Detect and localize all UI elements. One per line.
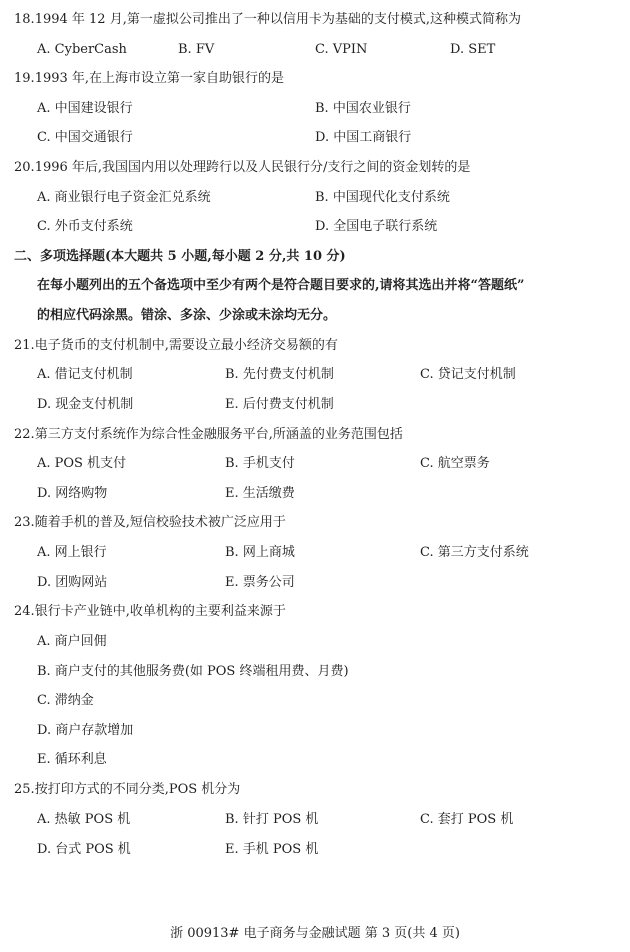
option-a: A. 商业银行电子资金汇兑系统	[37, 188, 211, 208]
option-c: C. 贷记支付机制	[420, 365, 516, 385]
question-25-options-row1: A. 热敏 POS 机 B. 针打 POS 机 C. 套打 POS 机	[0, 810, 630, 830]
option-c: C. 第三方支付系统	[420, 543, 529, 563]
question-19-options-row1: A. 中国建设银行 B. 中国农业银行	[0, 99, 630, 119]
option-b: B. 商户支付的其他服务费(如 POS 终端租用费、月费)	[37, 662, 349, 682]
option-a: A. 热敏 POS 机	[37, 810, 130, 830]
question-21: 21.电子货币的支付机制中,需要设立最小经济交易额的有	[14, 336, 338, 356]
option-b: B. 中国现代化支付系统	[315, 188, 450, 208]
option-e: E. 生活缴费	[225, 484, 295, 504]
question-number: 24.	[14, 604, 35, 619]
option-d: D. 商户存款增加	[37, 721, 133, 741]
question-18: 18.1994 年 12 月,第一虚拟公司推出了一种以信用卡为基础的支付模式,这…	[14, 10, 521, 30]
option-b: B. 针打 POS 机	[225, 810, 318, 830]
option-d: D. 现金支付机制	[37, 395, 133, 415]
option-d: D. 台式 POS 机	[37, 840, 131, 860]
question-25: 25.按打印方式的不同分类,POS 机分为	[14, 780, 240, 800]
question-stem: 按打印方式的不同分类,POS 机分为	[35, 782, 241, 797]
question-number: 20.	[14, 160, 35, 175]
question-20-options-row2: C. 外币支付系统 D. 全国电子联行系统	[0, 217, 630, 237]
question-stem: 1996 年后,我国国内用以处理跨行以及人民银行分/支行之间的资金划转的是	[35, 160, 471, 175]
option-e: E. 票务公司	[225, 573, 295, 593]
section-instruction-line1: 在每小题列出的五个备选项中至少有两个是符合题目要求的,请将其选出并将“答题纸”	[37, 276, 524, 296]
option-a: A. 网上银行	[37, 543, 107, 563]
option-b: B. 手机支付	[225, 454, 295, 474]
option-d: D. 网络购物	[37, 484, 107, 504]
question-number: 22.	[14, 427, 35, 442]
question-number: 18.	[14, 12, 35, 27]
option-c: C. 中国交通银行	[37, 128, 133, 148]
question-18-options: A. CyberCash B. FV C. VPIN D. SET	[0, 40, 630, 60]
option-a: A. 借记支付机制	[37, 365, 133, 385]
question-stem: 1994 年 12 月,第一虚拟公司推出了一种以信用卡为基础的支付模式,这种模式…	[35, 12, 521, 27]
option-e: E. 后付费支付机制	[225, 395, 334, 415]
question-20: 20.1996 年后,我国国内用以处理跨行以及人民银行分/支行之间的资金划转的是	[14, 158, 470, 178]
option-c: C. 套打 POS 机	[420, 810, 513, 830]
question-stem: 电子货币的支付机制中,需要设立最小经济交易额的有	[35, 338, 338, 353]
question-19: 19.1993 年,在上海市设立第一家自助银行的是	[14, 69, 284, 89]
question-23: 23.随着手机的普及,短信校验技术被广泛应用于	[14, 513, 286, 533]
option-a: A. CyberCash	[37, 40, 127, 60]
page-footer: 浙 00913# 电子商务与金融试题 第 3 页(共 4 页)	[0, 922, 630, 941]
option-b: B. 网上商城	[225, 543, 295, 563]
question-number: 21.	[14, 338, 35, 353]
question-22-options-row1: A. POS 机支付 B. 手机支付 C. 航空票务	[0, 454, 630, 474]
option-a: A. 商户回佣	[37, 632, 107, 652]
option-b: B. 先付费支付机制	[225, 365, 334, 385]
question-stem: 第三方支付系统作为综合性金融服务平台,所涵盖的业务范围包括	[35, 427, 403, 442]
question-stem: 银行卡产业链中,收单机构的主要利益来源于	[35, 604, 286, 619]
option-d: D. 中国工商银行	[315, 128, 411, 148]
option-c: C. 外币支付系统	[37, 217, 133, 237]
option-d: D. 全国电子联行系统	[315, 217, 437, 237]
question-stem: 1993 年,在上海市设立第一家自助银行的是	[35, 71, 284, 86]
option-e: E. 手机 POS 机	[225, 840, 318, 860]
option-b: B. 中国农业银行	[315, 99, 411, 119]
option-c: C. VPIN	[315, 40, 367, 60]
option-e: E. 循环利息	[37, 750, 107, 770]
question-24: 24.银行卡产业链中,收单机构的主要利益来源于	[14, 602, 286, 622]
question-25-options-row2: D. 台式 POS 机 E. 手机 POS 机	[0, 840, 630, 860]
question-number: 25.	[14, 782, 35, 797]
option-d: D. 团购网站	[37, 573, 107, 593]
section-title: 二、多项选择题(本大题共 5 小题,每小题 2 分,共 10 分)	[14, 247, 346, 267]
option-b: B. FV	[178, 40, 214, 60]
section-instruction-line2: 的相应代码涂黑。错涂、多涂、少涂或未涂均无分。	[37, 306, 336, 326]
question-22-options-row2: D. 网络购物 E. 生活缴费	[0, 484, 630, 504]
question-number: 19.	[14, 71, 35, 86]
question-19-options-row2: C. 中国交通银行 D. 中国工商银行	[0, 128, 630, 148]
question-23-options-row2: D. 团购网站 E. 票务公司	[0, 573, 630, 593]
question-21-options-row2: D. 现金支付机制 E. 后付费支付机制	[0, 395, 630, 415]
question-23-options-row1: A. 网上银行 B. 网上商城 C. 第三方支付系统	[0, 543, 630, 563]
question-22: 22.第三方支付系统作为综合性金融服务平台,所涵盖的业务范围包括	[14, 425, 403, 445]
question-stem: 随着手机的普及,短信校验技术被广泛应用于	[35, 515, 286, 530]
option-a: A. 中国建设银行	[37, 99, 133, 119]
option-d: D. SET	[450, 40, 495, 60]
option-a: A. POS 机支付	[37, 454, 126, 474]
option-c: C. 航空票务	[420, 454, 490, 474]
question-21-options-row1: A. 借记支付机制 B. 先付费支付机制 C. 贷记支付机制	[0, 365, 630, 385]
question-number: 23.	[14, 515, 35, 530]
question-20-options-row1: A. 商业银行电子资金汇兑系统 B. 中国现代化支付系统	[0, 188, 630, 208]
option-c: C. 滞纳金	[37, 691, 94, 711]
